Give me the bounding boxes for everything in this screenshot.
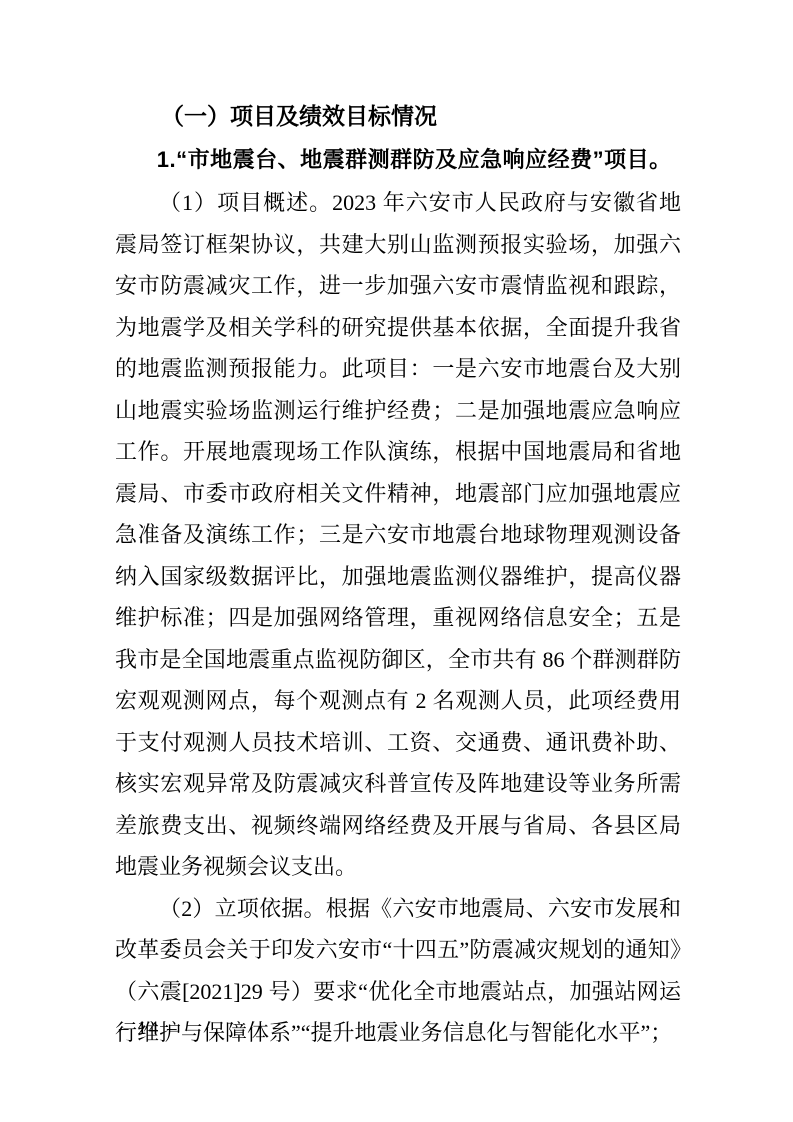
document-content: （一）项目及绩效目标情况 1.“市地震台、地震群测群防及应急响应经费”项目。 （… (115, 94, 681, 1054)
project-title: 1.“市地震台、地震群测群防及应急响应经费”项目。 (115, 138, 681, 182)
page-number: – 14 – (119, 1018, 179, 1040)
document-page: （一）项目及绩效目标情况 1.“市地震台、地震群测群防及应急响应经费”项目。 （… (0, 0, 793, 1122)
section-heading: （一）项目及绩效目标情况 (115, 94, 681, 138)
paragraph-project-overview: （1）项目概述。2023 年六安市人民政府与安徽省地震局签订框架协议，共建大别山… (115, 182, 681, 888)
paragraph-project-basis: （2）立项依据。根据《六安市地震局、六安市发展和改革委员会关于印发六安市“十四五… (115, 888, 681, 1054)
